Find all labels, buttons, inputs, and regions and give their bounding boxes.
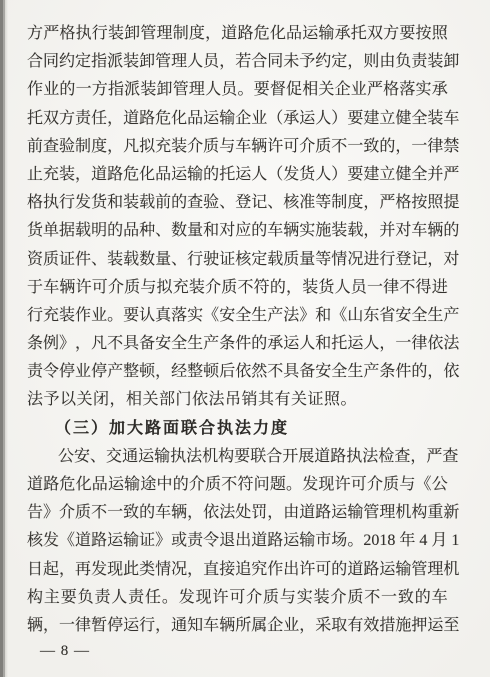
text-line: 货单据载明的品种、数量和对应的车辆实施装载，并对车辆的 [27, 217, 448, 245]
text-line: 行充装作业。要认真落实《安全生产法》和《山东省安全生产 [27, 302, 448, 330]
text-line: 日起，再发现此类情况，直接追究作出许可的道路运输管理机 [27, 556, 448, 584]
text-line: 法予以关闭，相关部门依法吊销其有关证照。 [27, 386, 448, 414]
text-line: 道路危化品运输途中的介质不符问题。发现许可介质与《公 [27, 471, 448, 499]
text-line: 核发《道路运输证》或责令退出道路运输市场。2018 年 4 月 1 [27, 527, 448, 555]
text-line: 条例》，凡不具备安全生产条件的承运人和托运人，一律依法 [27, 330, 448, 358]
document-body: 方严格执行装卸管理制度，道路危化品运输承托双方要按照 合同约定指派装卸管理人员，… [27, 20, 448, 640]
text-line: 托双方责任，道路危化品运输企业（承运人）要建立健全装车 [27, 105, 448, 133]
text-line: 合同约定指派装卸管理人员，若合同未予约定，则由负责装卸 [27, 48, 448, 76]
text-line: 止充装，道路危化品运输的托运人（发货人）要建立健全并严 [27, 161, 448, 189]
text-line: 于车辆许可介质与拟充装介质不符的，装货人员一律不得进 [27, 274, 448, 302]
page-number: — 8 — [40, 640, 90, 662]
text-line: 责令停业停产整顿，经整顿后依然不具备安全生产条件的，依 [27, 358, 448, 386]
section-heading: （三）加大路面联合执法力度 [27, 415, 448, 443]
text-line: 辆，一律暂停运行，通知车辆所属企业，采取有效措施押运至 [27, 612, 448, 640]
text-line: 作业的一方指派装卸管理人员。要督促相关企业严格落实承 [27, 76, 448, 104]
scan-edge-shadow [0, 0, 8, 677]
paragraph-first-line: 公安、交通运输执法机构要联合开展道路执法检查，严查 [27, 443, 448, 471]
text-line: 告》介质不一致的车辆，依法处罚，由道路运输管理机构重新 [27, 499, 448, 527]
text-line: 格执行发货和装载前的查验、登记、核准等制度，严格按照提 [27, 189, 448, 217]
text-line: 资质证件、装载数量、行驶证核定载质量等情况进行登记，对 [27, 246, 448, 274]
text-line: 构主要负责人责任。发现许可介质与实装介质不一致的车 [27, 584, 448, 612]
text-line: 前查验制度，凡拟充装介质与车辆许可介质不一致的，一律禁 [27, 133, 448, 161]
text-line: 方严格执行装卸管理制度，道路危化品运输承托双方要按照 [27, 20, 448, 48]
